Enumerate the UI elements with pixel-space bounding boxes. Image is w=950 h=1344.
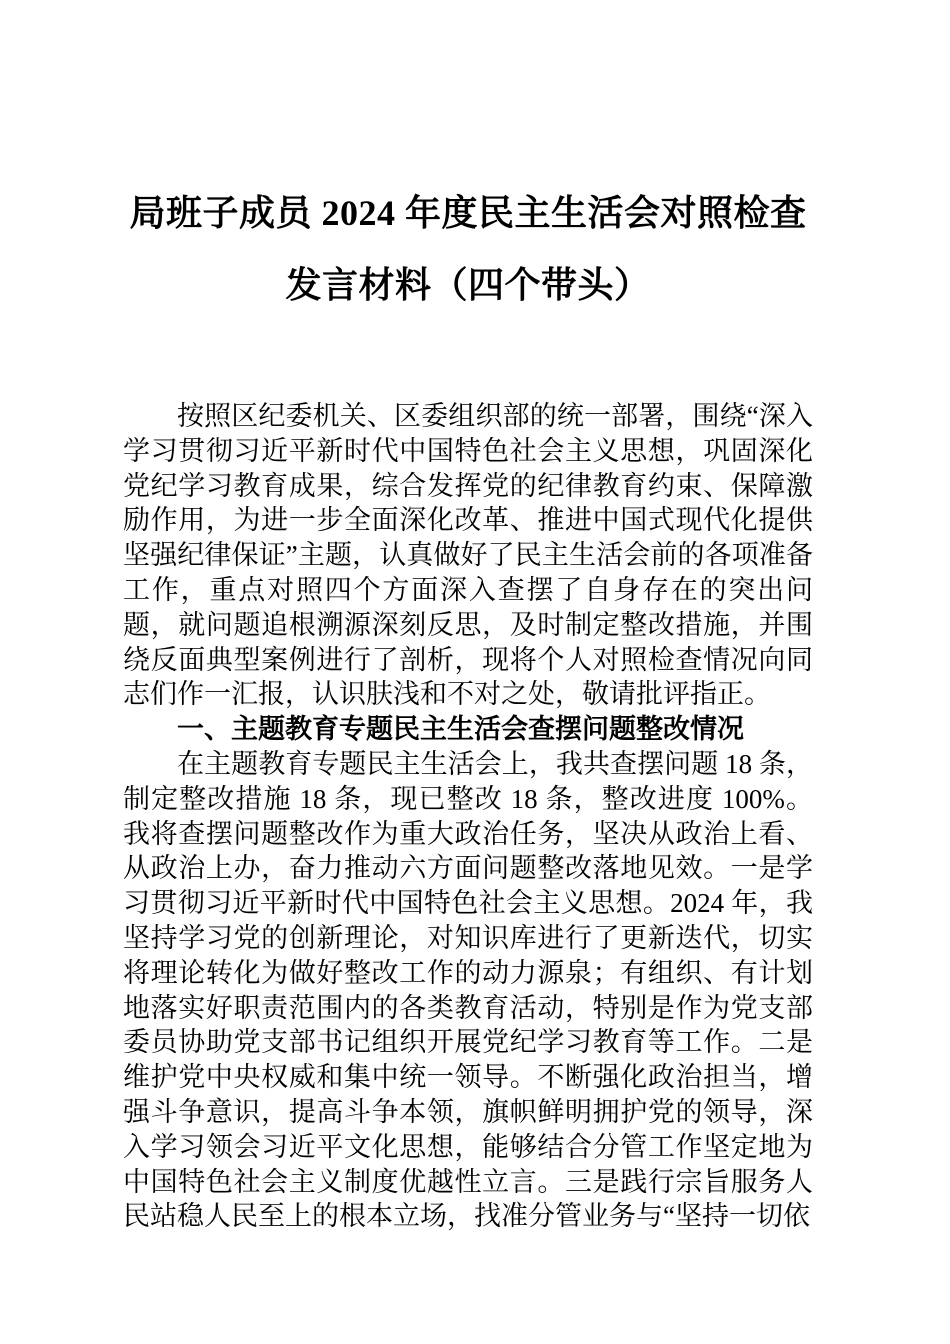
document-title-line-2: 发言材料（四个带头） (123, 249, 813, 321)
document-body: 按照区纪委机关、区委组织部的统一部署，围绕“深入学习贯彻习近平新时代中国特色社会… (123, 399, 813, 1234)
section-1-body-paragraph: 在主题教育专题民主生活会上，我共查摆问题 18 条，制定整改措施 18 条，现已… (123, 747, 813, 1234)
document-page: 局班子成员 2024 年度民主生活会对照检查 发言材料（四个带头） 按照区纪委机… (0, 0, 950, 1344)
section-1-heading: 一、主题教育专题民主生活会查摆问题整改情况 (123, 712, 813, 747)
document-title: 局班子成员 2024 年度民主生活会对照检查 发言材料（四个带头） (123, 177, 813, 321)
intro-paragraph: 按照区纪委机关、区委组织部的统一部署，围绕“深入学习贯彻习近平新时代中国特色社会… (123, 399, 813, 712)
document-title-line-1: 局班子成员 2024 年度民主生活会对照检查 (123, 177, 813, 249)
